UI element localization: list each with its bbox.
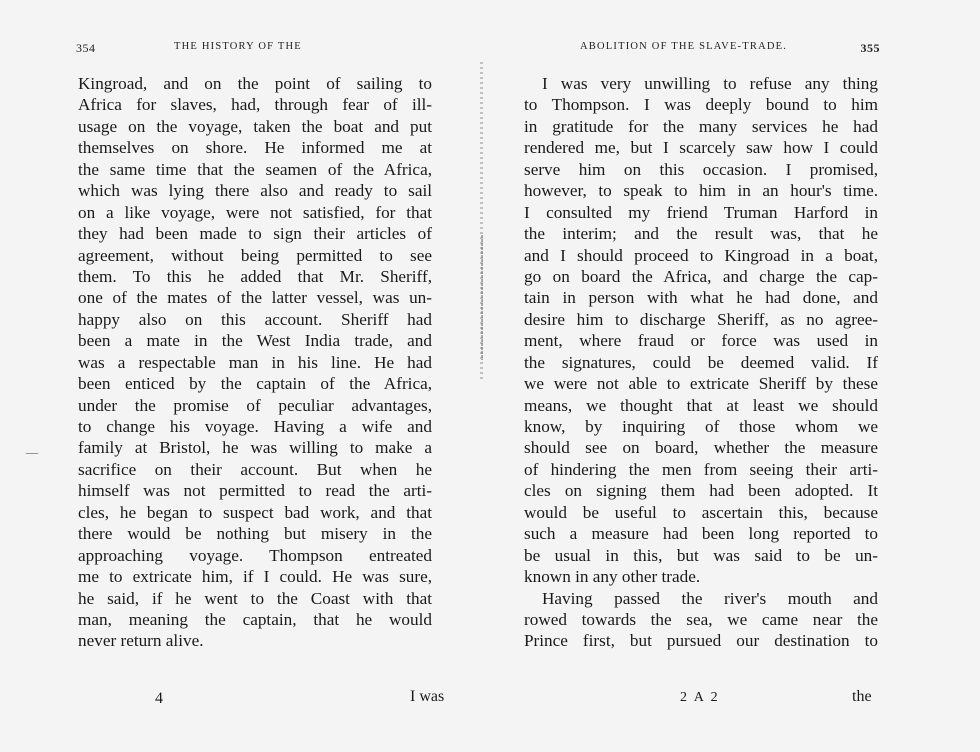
catchword-left: I was (410, 688, 444, 706)
text-line: known in any other trade. (524, 566, 878, 587)
text-line: them. To this he added that Mr. Sheriff, (78, 266, 432, 287)
text-line: to Thompson. I was deeply bound to him (524, 94, 878, 115)
text-line: Having passed the river's mouth and (524, 588, 878, 609)
text-line: me to extricate him, if I could. He was … (78, 566, 432, 587)
text-line: himself was not permitted to read the ar… (78, 480, 432, 501)
text-line: go on board the Africa, and charge the c… (524, 266, 878, 287)
text-line: should see on board, whether the measure (524, 437, 878, 458)
signature-mark-left: 4 (155, 690, 165, 708)
text-line: man, meaning the captain, that he would (78, 609, 432, 630)
right-page: ABOLITION OF THE SLAVE-TRADE. 355 I was … (490, 0, 980, 752)
signature-mark-right: 2 A 2 (680, 690, 720, 706)
text-line: know, by inquiring of those whom we (524, 416, 878, 437)
left-page: 354 THE HISTORY OF THE Kingroad, and on … (0, 0, 490, 752)
right-page-body: I was very unwilling to refuse any thing… (524, 73, 878, 652)
text-line: was a respectable man in his line. He ha… (78, 352, 432, 373)
text-line: on a like voyage, were not satisfied, fo… (78, 202, 432, 223)
text-line: cles on signing them had been adopted. I… (524, 480, 878, 501)
text-line: be usual in this, but was said to be un- (524, 545, 878, 566)
text-line: cles, he began to suspect bad work, and … (78, 502, 432, 523)
text-line: happy also on this account. Sheriff had (78, 309, 432, 330)
catchword-right: the (852, 688, 872, 706)
text-line: such a measure had been long reported to (524, 523, 878, 544)
text-line: desire him to discharge Sheriff, as no a… (524, 309, 878, 330)
text-line: would be useful to ascertain this, becau… (524, 502, 878, 523)
text-line: never return alive. (78, 630, 432, 651)
text-line: the signatures, could be deemed valid. I… (524, 352, 878, 373)
text-line: however, to speak to him in an hour's ti… (524, 180, 878, 201)
text-line: tain in person with what he had done, an… (524, 287, 878, 308)
text-line: rendered me, but I scarcely saw how I co… (524, 137, 878, 158)
text-line: there would be nothing but misery in the (78, 523, 432, 544)
text-line: one of the mates of the latter vessel, w… (78, 287, 432, 308)
text-line: serve him on this occasion. I promised, (524, 159, 878, 180)
text-line: Africa for slaves, had, through fear of … (78, 94, 432, 115)
page-number-right: 355 (861, 41, 881, 56)
text-line: family at Bristol, he was willing to mak… (78, 437, 432, 458)
text-line: rowed towards the sea, we came near the (524, 609, 878, 630)
running-head-right: ABOLITION OF THE SLAVE-TRADE. (580, 41, 787, 52)
text-line: we were not able to extricate Sheriff by… (524, 373, 878, 394)
text-line: the interim; and the result was, that he (524, 223, 878, 244)
text-line: to change his voyage. Having a wife and (78, 416, 432, 437)
text-line: been enticed by the captain of the Afric… (78, 373, 432, 394)
page-gutter-shadow (481, 235, 483, 360)
text-line: been a mate in the West India trade, and (78, 330, 432, 351)
text-line: the same time that the seamen of the Afr… (78, 159, 432, 180)
running-head-left: THE HISTORY OF THE (174, 41, 302, 52)
text-line: in gratitude for the many services he ha… (524, 116, 878, 137)
text-line: I consulted my friend Truman Harford in (524, 202, 878, 223)
text-line: Kingroad, and on the point of sailing to (78, 73, 432, 94)
text-line: they had been made to sign their article… (78, 223, 432, 244)
text-line: of hindering the men from seeing their a… (524, 459, 878, 480)
text-line: which was lying there also and ready to … (78, 180, 432, 201)
text-line: usage on the voyage, taken the boat and … (78, 116, 432, 137)
text-line: under the promise of peculiar advantages… (78, 395, 432, 416)
text-line: he said, if he went to the Coast with th… (78, 588, 432, 609)
text-line: Prince first, but pursued our destinatio… (524, 630, 878, 651)
text-line: themselves on shore. He informed me at (78, 137, 432, 158)
text-line: ment, where fraud or force was used in (524, 330, 878, 351)
text-line: and I should proceed to Kingroad in a bo… (524, 245, 878, 266)
text-line: approaching voyage. Thompson entreated (78, 545, 432, 566)
page-number-left: 354 (76, 41, 96, 56)
text-line: sacrifice on their account. But when he (78, 459, 432, 480)
left-page-body: Kingroad, and on the point of sailing to… (78, 73, 432, 652)
margin-dash-mark: — (26, 445, 38, 460)
text-line: agreement, without being permitted to se… (78, 245, 432, 266)
text-line: I was very unwilling to refuse any thing (524, 73, 878, 94)
text-line: means, we thought that at least we shoul… (524, 395, 878, 416)
